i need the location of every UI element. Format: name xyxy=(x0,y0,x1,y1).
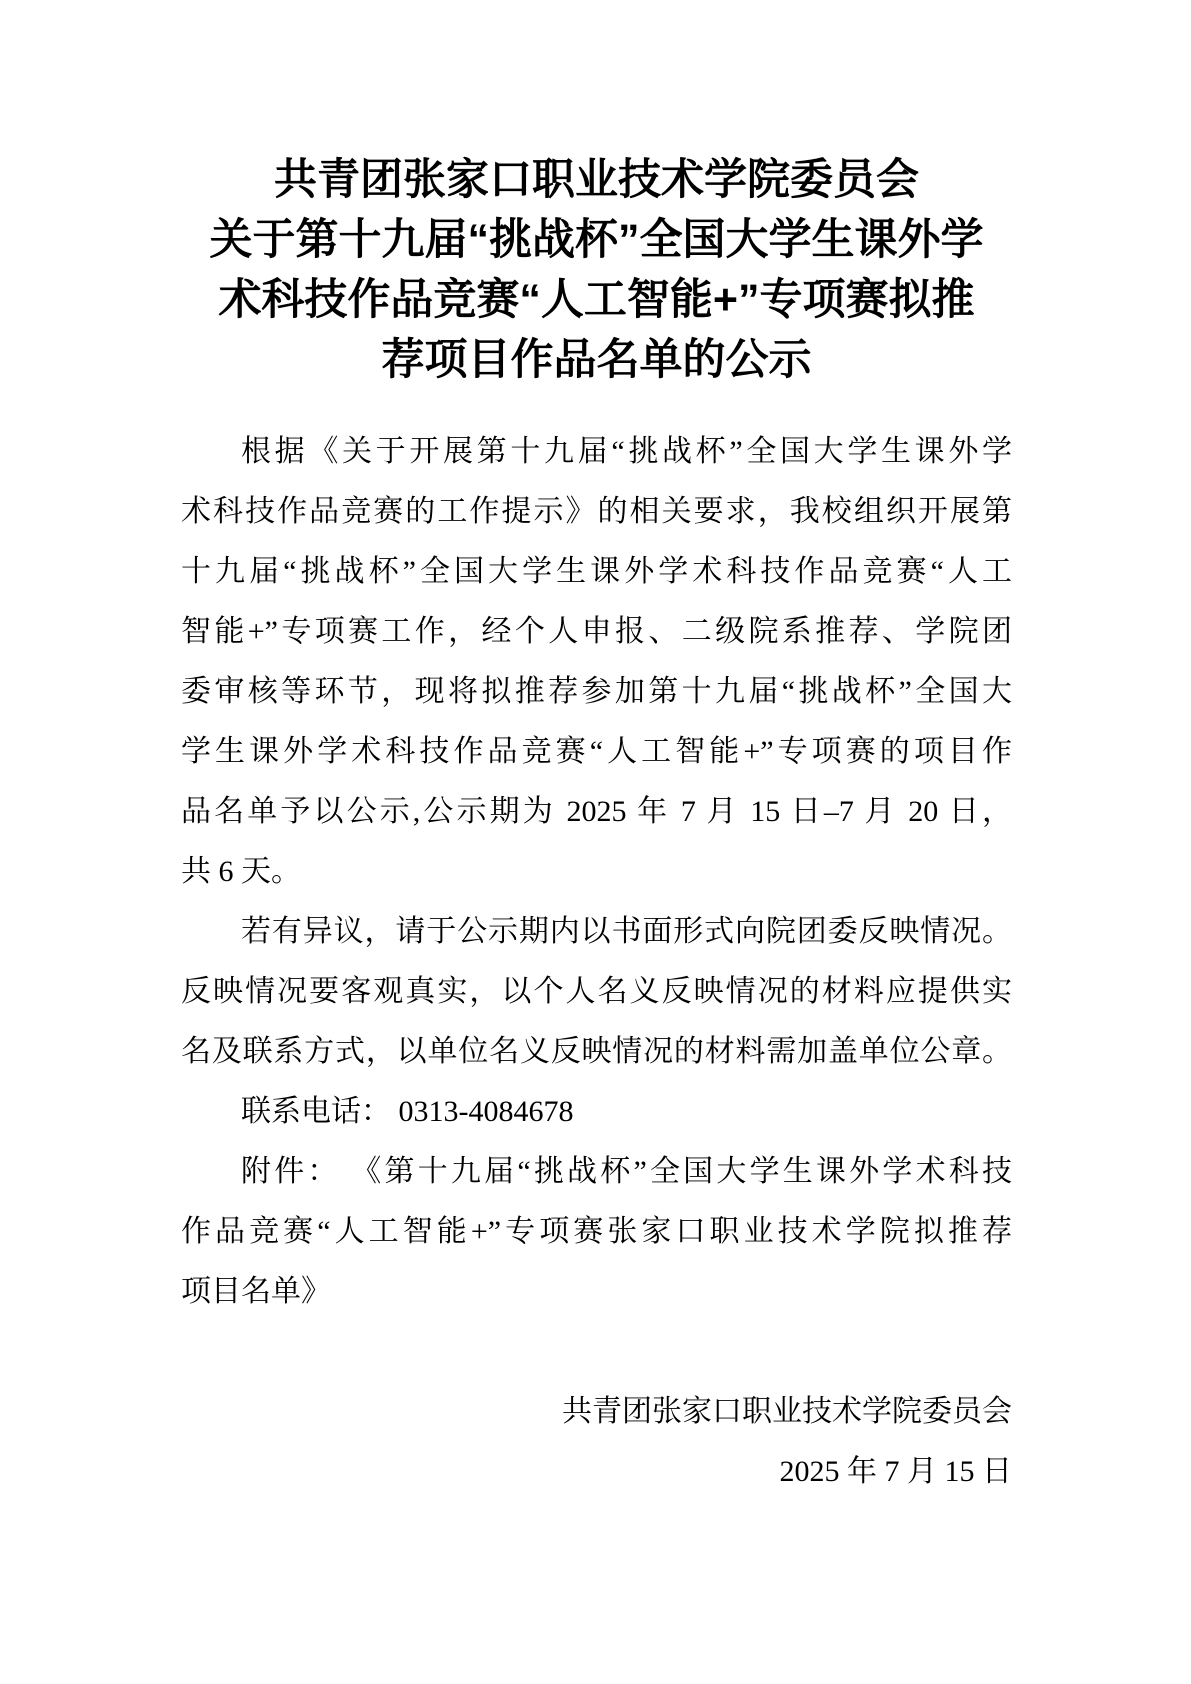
document-title: 共青团张家口职业技术学院委员会关于第十九届“挑战杯”全国大学生课外学术科技作品竞… xyxy=(181,150,1012,390)
text-line: 委审核等环节，现将拟推荐参加第十九届“挑战杯”全国大 xyxy=(181,662,1012,722)
paragraph: 附件： 《第十九届“挑战杯”全国大学生课外学术科技作品竞赛“人工智能+”专项赛张… xyxy=(181,1142,1012,1322)
document-page: 共青团张家口职业技术学院委员会关于第十九届“挑战杯”全国大学生课外学术科技作品竞… xyxy=(0,0,1191,1684)
paragraph: 根据《关于开展第十九届“挑战杯”全国大学生课外学术科技作品竞赛的工作提示》的相关… xyxy=(181,422,1012,902)
blank-line xyxy=(181,1322,1012,1382)
text-line: 作品竞赛“人工智能+”专项赛张家口职业技术学院拟推荐 xyxy=(181,1202,1012,1262)
text-line: 项目名单》 xyxy=(181,1262,1012,1322)
text-line: 术科技作品竞赛的工作提示》的相关要求，我校组织开展第 xyxy=(181,482,1012,542)
text-line: 学生课外学术科技作品竞赛“人工智能+”专项赛的项目作 xyxy=(181,722,1012,782)
text-line: 反映情况要客观真实，以个人名义反映情况的材料应提供实 xyxy=(181,962,1012,1022)
text-line: 智能+”专项赛工作，经个人申报、二级院系推荐、学院团 xyxy=(181,602,1012,662)
text-line: 根据《关于开展第十九届“挑战杯”全国大学生课外学 xyxy=(181,422,1012,482)
title-line: 术科技作品竞赛“人工智能+”专项赛拟推 xyxy=(181,270,1012,330)
paragraph: 若有异议，请于公示期内以书面形式向院团委反映情况。反映情况要客观真实，以个人名义… xyxy=(181,902,1012,1082)
title-line: 关于第十九届“挑战杯”全国大学生课外学 xyxy=(181,210,1012,270)
text-line: 附件： 《第十九届“挑战杯”全国大学生课外学术科技 xyxy=(181,1142,1012,1202)
signature-date: 2025 年 7 月 15 日 xyxy=(181,1442,1012,1502)
text-line: 若有异议，请于公示期内以书面形式向院团委反映情况。 xyxy=(181,902,1012,962)
signature-org: 共青团张家口职业技术学院委员会 xyxy=(181,1382,1012,1442)
title-line: 共青团张家口职业技术学院委员会 xyxy=(181,150,1012,210)
paragraph: 联系电话： 0313-4084678 xyxy=(181,1082,1012,1142)
text-line: 十九届“挑战杯”全国大学生课外学术科技作品竞赛“人工 xyxy=(181,542,1012,602)
title-line: 荐项目作品名单的公示 xyxy=(181,330,1012,390)
text-line: 共 6 天。 xyxy=(181,842,1012,902)
signature-block: 共青团张家口职业技术学院委员会 2025 年 7 月 15 日 xyxy=(181,1382,1012,1502)
text-line: 品名单予以公示,公示期为 2025 年 7 月 15 日–7 月 20 日， xyxy=(181,782,1012,842)
text-line: 联系电话： 0313-4084678 xyxy=(181,1082,1012,1142)
body-text: 根据《关于开展第十九届“挑战杯”全国大学生课外学术科技作品竞赛的工作提示》的相关… xyxy=(181,422,1012,1322)
text-line: 名及联系方式，以单位名义反映情况的材料需加盖单位公章。 xyxy=(181,1022,1012,1082)
